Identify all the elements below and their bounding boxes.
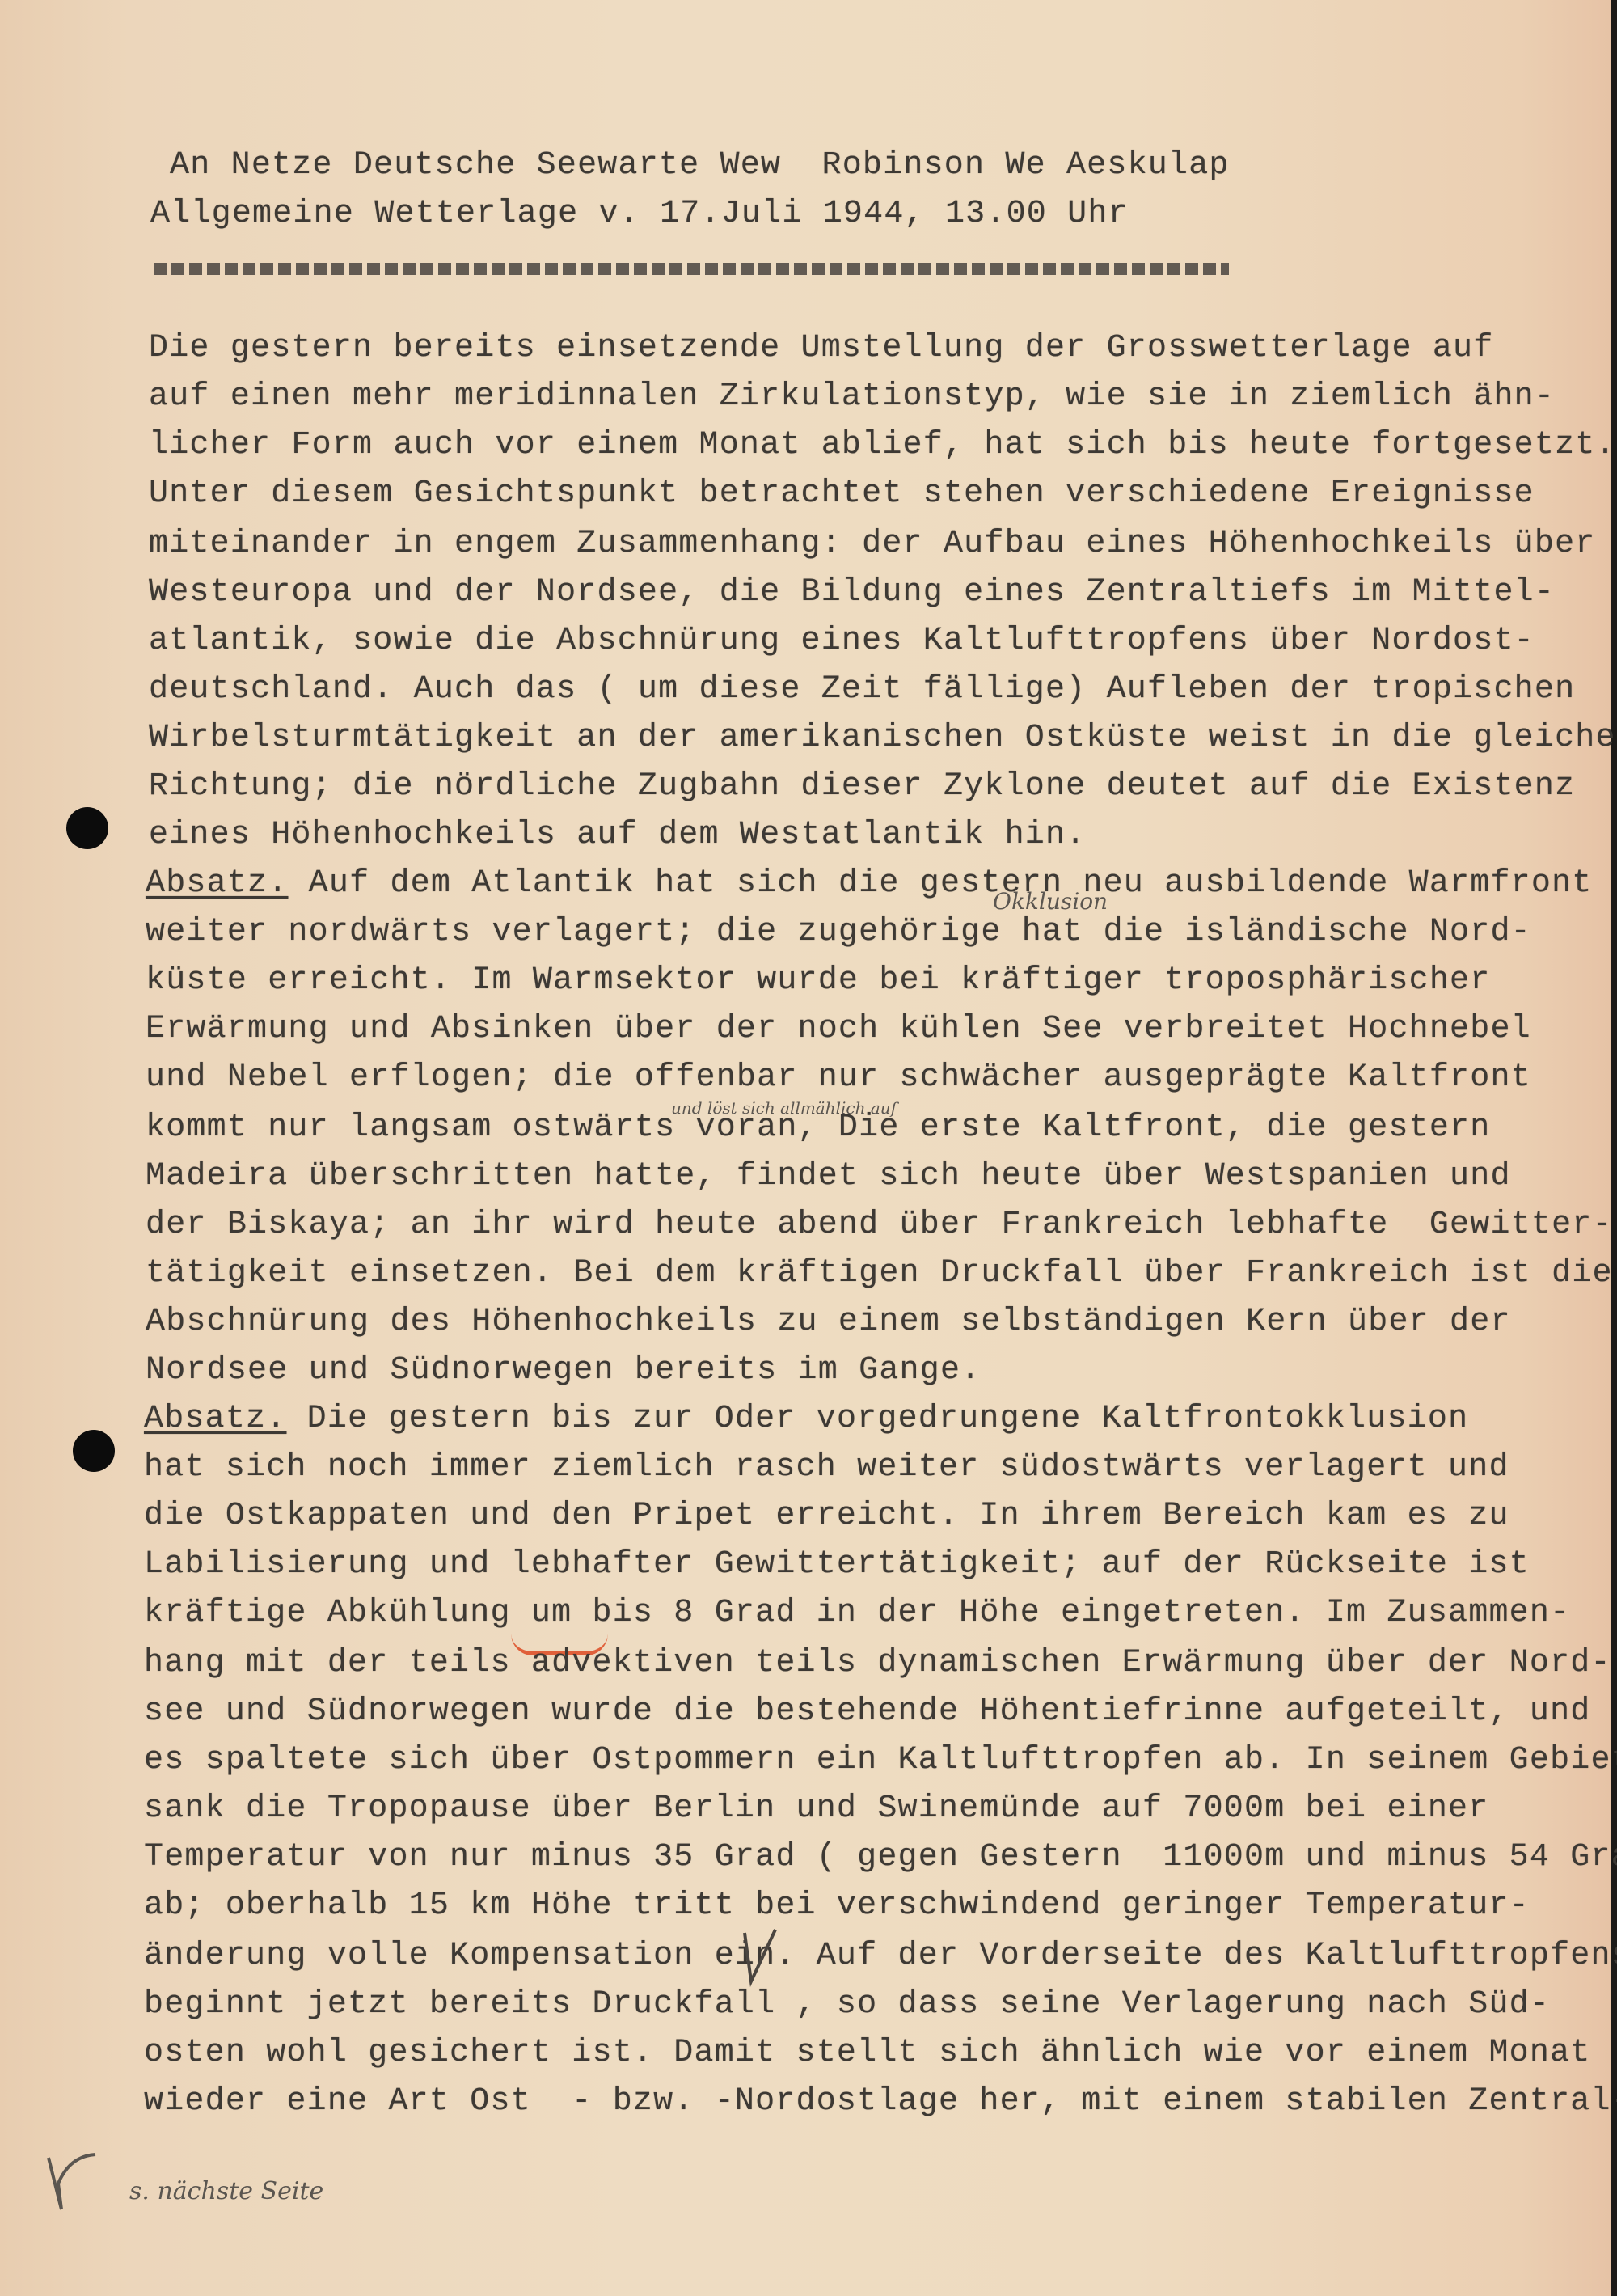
text-line: Wirbelsturmtätigkeit an der amerikanisch…: [149, 720, 1616, 756]
handwritten-footer-note: s. nächste Seite: [129, 2177, 323, 2205]
text-line: die Ostkappaten und den Pripet erreicht.…: [144, 1498, 1509, 1534]
text-line: es spaltete sich über Ostpommern ein Kal…: [144, 1742, 1617, 1778]
text-line: Auf dem Atlantik hat sich die gestern ne…: [309, 865, 1593, 902]
text-line: kommt nur langsam ostwärts voran, Die er…: [146, 1110, 1490, 1146]
text-line: Madeira überschritten hatte, findet sich…: [146, 1158, 1511, 1195]
punch-hole-upper: [66, 807, 108, 849]
paragraph-2-first-line: Absatz. Auf dem Atlantik hat sich die ge…: [146, 865, 1593, 902]
text-line: Abschnürung des Höhenhochkeils zu einem …: [146, 1304, 1511, 1340]
text-line: hang mit der teils advektiven teils dyna…: [144, 1645, 1611, 1681]
header-recipients: An Netze Deutsche Seewarte Wew Robinson …: [170, 147, 1230, 184]
header-double-rule: [154, 263, 1229, 273]
insertion-check-icon: [740, 1925, 780, 1989]
text-line: miteinander in engem Zusammenhang: der A…: [149, 526, 1595, 562]
text-line: hat sich noch immer ziemlich rasch weite…: [144, 1449, 1509, 1486]
text-line: Die gestern bereits einsetzende Umstellu…: [149, 330, 1493, 366]
text-line: Die gestern bis zur Oder vorgedrungene K…: [307, 1401, 1469, 1437]
text-line: beginnt jetzt bereits Druckfall , so das…: [144, 1986, 1550, 2023]
text-line: osten wohl gesichert ist. Damit stellt s…: [144, 2035, 1590, 2071]
text-line: Westeuropa und der Nordsee, die Bildung …: [149, 574, 1555, 611]
text-line: ab; oberhalb 15 km Höhe tritt bei versch…: [144, 1888, 1530, 1924]
punch-hole-lower: [73, 1430, 115, 1472]
text-line: eines Höhenhochkeils auf dem Westatlanti…: [149, 817, 1086, 853]
text-line: deutschland. Auch das ( um diese Zeit fä…: [149, 671, 1575, 708]
text-line: und Nebel erflogen; die offenbar nur sch…: [146, 1059, 1531, 1096]
text-line: tätigkeit einsetzen. Bei dem kräftigen D…: [146, 1255, 1613, 1292]
absatz-label: Absatz.: [144, 1401, 286, 1437]
text-line: wieder eine Art Ost - bzw. -Nordostlage …: [144, 2083, 1617, 2120]
text-line: Erwärmung und Absinken über der noch küh…: [146, 1011, 1531, 1047]
handwritten-okklusion: Okklusion: [993, 888, 1108, 915]
text-line: änderung volle Kompensation ein. Auf der…: [144, 1938, 1617, 1974]
text-line: Labilisierung und lebhafter Gewittertäti…: [144, 1546, 1530, 1583]
header-title: Allgemeine Wetterlage v. 17.Juli 1944, 1…: [150, 196, 1129, 232]
text-line: atlantik, sowie die Abschnürung eines Ka…: [149, 623, 1535, 659]
text-line: kräftige Abkühlung um bis 8 Grad in der …: [144, 1595, 1570, 1631]
text-line: küste erreicht. Im Warmsektor wurde bei …: [146, 962, 1490, 999]
text-line: see und Südnorwegen wurde die bestehende…: [144, 1693, 1590, 1730]
text-line: Temperatur von nur minus 35 Grad ( gegen…: [144, 1839, 1617, 1875]
paragraph-3-first-line: Absatz. Die gestern bis zur Oder vorgedr…: [144, 1401, 1468, 1437]
text-line: licher Form auch vor einem Monat ablief,…: [149, 427, 1616, 463]
text-line: Nordsee und Südnorwegen bereits im Gange…: [146, 1352, 981, 1389]
absatz-label: Absatz.: [146, 865, 288, 902]
text-line: der Biskaya; an ihr wird heute abend übe…: [146, 1207, 1613, 1243]
text-line: Unter diesem Gesichtspunkt betrachtet st…: [149, 476, 1535, 512]
text-line: Richtung; die nördliche Zugbahn dieser Z…: [149, 768, 1575, 805]
text-line: sank die Tropopause über Berlin und Swin…: [144, 1791, 1488, 1827]
text-line: auf einen mehr meridinnalen Zirkulations…: [149, 378, 1555, 415]
footer-check-icon: [45, 2151, 102, 2216]
text-line: weiter nordwärts verlagert; die zugehöri…: [146, 914, 1531, 950]
document-page: An Netze Deutsche Seewarte Wew Robinson …: [0, 0, 1617, 2296]
